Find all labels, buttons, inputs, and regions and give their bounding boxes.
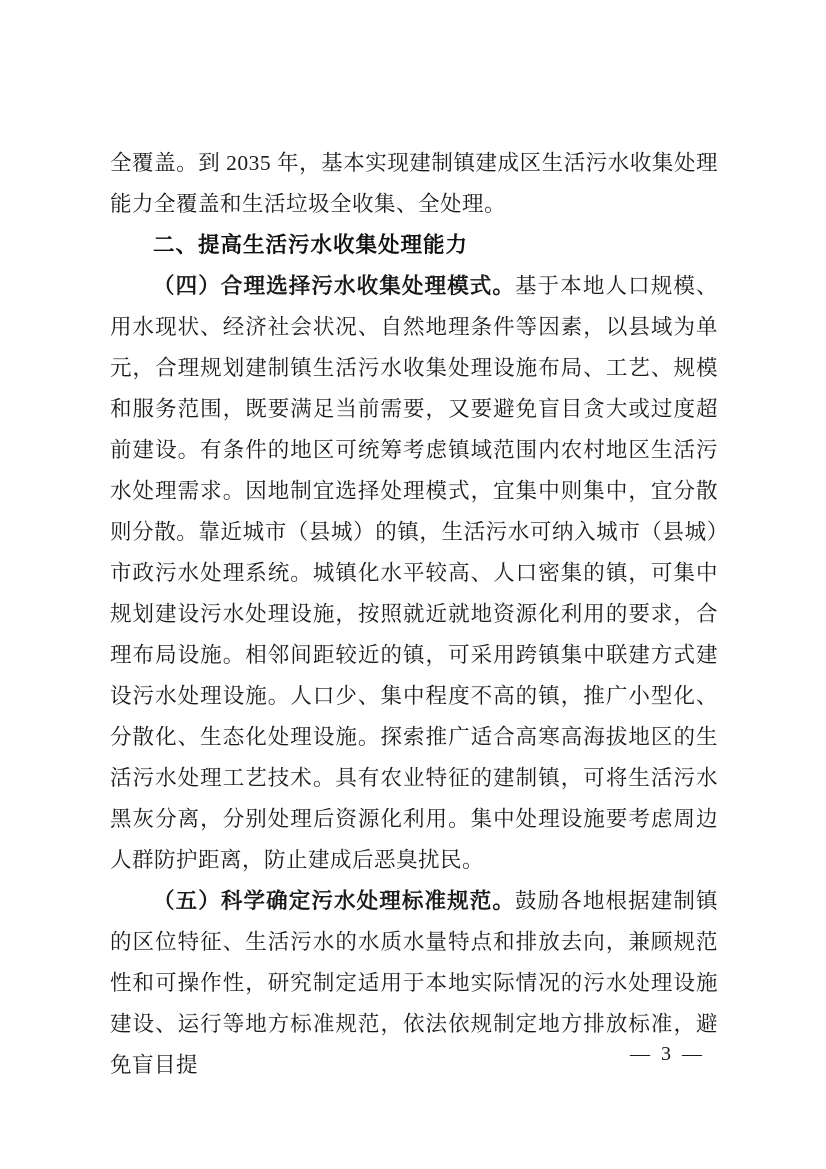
paragraph-continuation: 全覆盖。到 2035 年，基本实现建制镇建成区生活污水收集处理能力全覆盖和生活垃… [110,143,718,225]
paragraph-item-4-lead: （四）合理选择污水收集处理模式。 [153,274,515,298]
paragraph-item-4: （四）合理选择污水收集处理模式。基于本地人口规模、用水现状、经济社会状况、自然地… [110,266,718,881]
paragraph-item-5-lead: （五）科学确定污水处理标准规范。 [153,889,515,913]
document-page: 全覆盖。到 2035 年，基本实现建制镇建成区生活污水收集处理能力全覆盖和生活垃… [0,0,826,1169]
paragraph-item-5: （五）科学确定污水处理标准规范。鼓励各地根据建制镇的区位特征、生活污水的水质水量… [110,881,718,1086]
paragraph-item-5-body: 鼓励各地根据建制镇的区位特征、生活污水的水质水量特点和排放去向，兼顾规范性和可操… [110,889,718,1077]
paragraph-item-4-body: 基于本地人口规模、用水现状、经济社会状况、自然地理条件等因素，以县域为单元，合理… [110,274,718,872]
page-number: — 3 — [630,1042,705,1066]
section-heading: 二、提高生活污水收集处理能力 [110,225,718,266]
document-body: 全覆盖。到 2035 年，基本实现建制镇建成区生活污水收集处理能力全覆盖和生活垃… [110,143,718,1086]
